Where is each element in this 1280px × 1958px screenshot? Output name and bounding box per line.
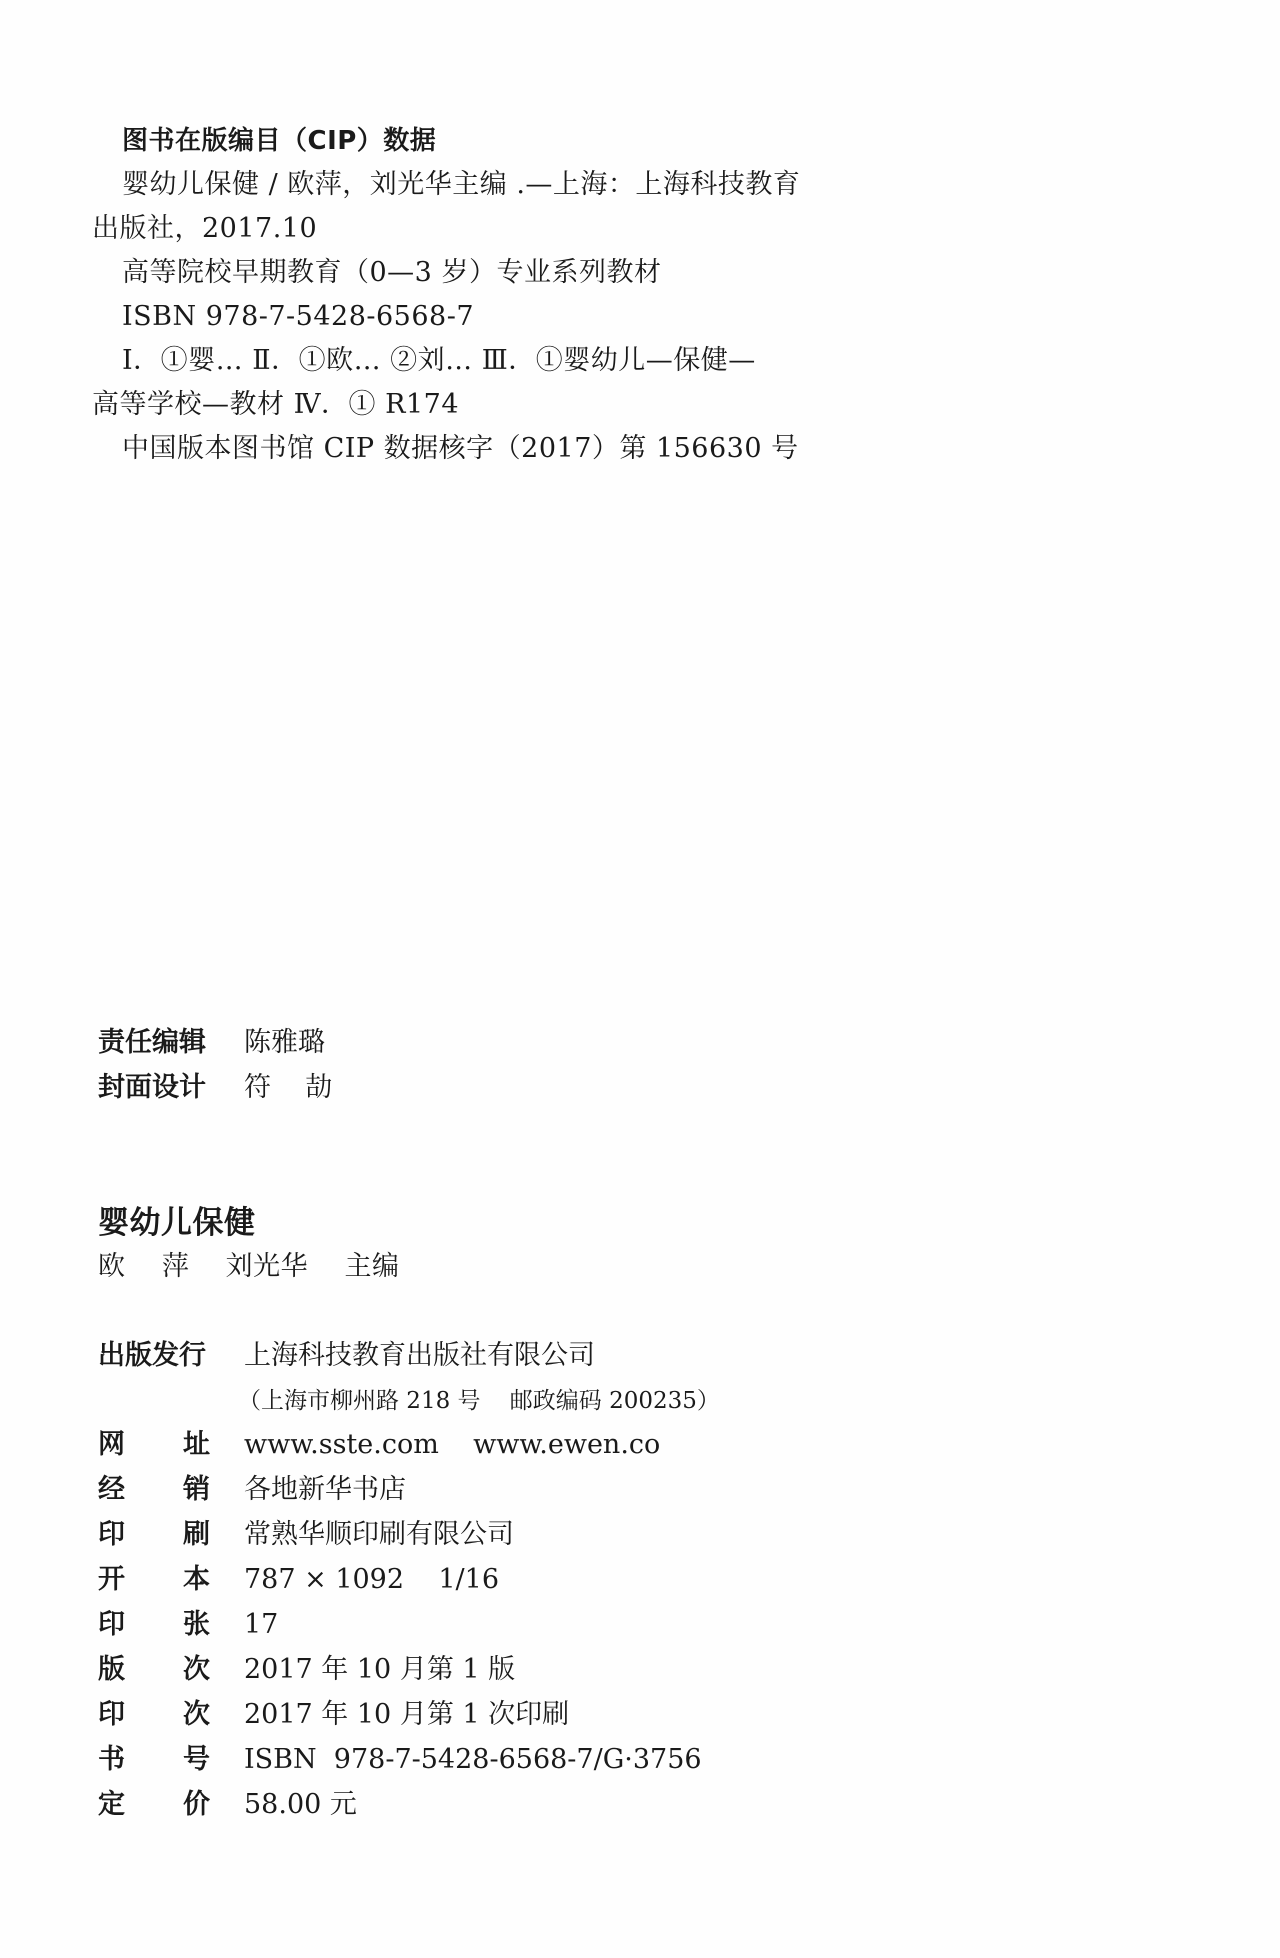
imprint-label: 版次 <box>98 1653 210 1687</box>
imprint-label: 印张 <box>98 1608 210 1642</box>
cip-line-isbn: ISBN 978-7-5428-6568-7 <box>122 300 474 334</box>
cip-line-3: 高等院校早期教育（0—3 岁）专业系列教材 <box>122 256 661 290</box>
imprint-sheets: 印张17 <box>98 1608 278 1642</box>
imprint-publisher: 出版发行上海科技教育出版社有限公司 <box>98 1339 595 1373</box>
imprint-value: （上海市柳州路 218 号 邮政编码 200235） <box>238 1388 720 1414</box>
imprint-label: 出版发行 <box>98 1339 210 1373</box>
cip-line-classification-cont: 高等学校—教材 Ⅳ．① R174 <box>92 388 459 422</box>
imprint-label: 书号 <box>98 1743 210 1777</box>
credit-cover-design: 封面设计符 劼 <box>98 1071 332 1105</box>
imprint-price: 定价58.00 元 <box>98 1788 357 1822</box>
cip-line-2: 出版社，2017.10 <box>92 212 317 246</box>
imprint-label: 经销 <box>98 1473 210 1507</box>
imprint-isbn: 书号ISBN 978-7-5428-6568-7/G·3756 <box>98 1743 702 1777</box>
cip-line-record-number: 中国版本图书馆 CIP 数据核字（2017）第 156630 号 <box>122 432 799 466</box>
credit-value: 陈雅璐 <box>244 1027 325 1058</box>
credit-editor: 责任编辑陈雅璐 <box>98 1026 325 1060</box>
imprint-edition: 版次2017 年 10 月第 1 版 <box>98 1653 515 1687</box>
imprint-printing: 印次2017 年 10 月第 1 次印刷 <box>98 1698 569 1732</box>
cip-line-classification: Ⅰ．①婴… Ⅱ．①欧… ②刘… Ⅲ．①婴幼儿—保健— <box>122 344 756 378</box>
cip-title: 图书在版编目（CIP）数据 <box>122 124 436 158</box>
credit-value: 符 劼 <box>244 1072 332 1103</box>
cip-line-1: 婴幼儿保健 / 欧萍，刘光华主编 .—上海：上海科技教育 <box>122 168 800 202</box>
imprint-label: 印刷 <box>98 1518 210 1552</box>
imprint-label: 印次 <box>98 1698 210 1732</box>
imprint-address: （上海市柳州路 218 号 邮政编码 200235） <box>98 1384 720 1418</box>
imprint-value: 各地新华书店 <box>244 1474 406 1505</box>
book-authors: 欧 萍 刘光华 主编 <box>98 1250 400 1284</box>
credit-label: 责任编辑 <box>98 1026 210 1060</box>
imprint-value: 常熟华顺印刷有限公司 <box>244 1519 514 1550</box>
imprint-value: 787 × 1092 1/16 <box>244 1564 499 1595</box>
imprint-value: 2017 年 10 月第 1 版 <box>244 1654 515 1685</box>
imprint-value: www.sste.com www.ewen.co <box>244 1429 660 1460</box>
imprint-label: 定价 <box>98 1788 210 1822</box>
imprint-distributor: 经销各地新华书店 <box>98 1473 406 1507</box>
imprint-printer: 印刷常熟华顺印刷有限公司 <box>98 1518 514 1552</box>
imprint-value: 上海科技教育出版社有限公司 <box>244 1340 595 1371</box>
book-title: 婴幼儿保健 <box>98 1206 256 1240</box>
imprint-value: 58.00 元 <box>244 1789 357 1820</box>
imprint-label: 开本 <box>98 1563 210 1597</box>
imprint-value: 2017 年 10 月第 1 次印刷 <box>244 1699 569 1730</box>
imprint-value: ISBN 978-7-5428-6568-7/G·3756 <box>244 1744 702 1775</box>
imprint-label: 网址 <box>98 1428 210 1462</box>
imprint-format: 开本787 × 1092 1/16 <box>98 1563 499 1597</box>
credit-label: 封面设计 <box>98 1071 210 1105</box>
imprint-value: 17 <box>244 1609 278 1640</box>
imprint-website: 网址www.sste.com www.ewen.co <box>98 1428 660 1462</box>
